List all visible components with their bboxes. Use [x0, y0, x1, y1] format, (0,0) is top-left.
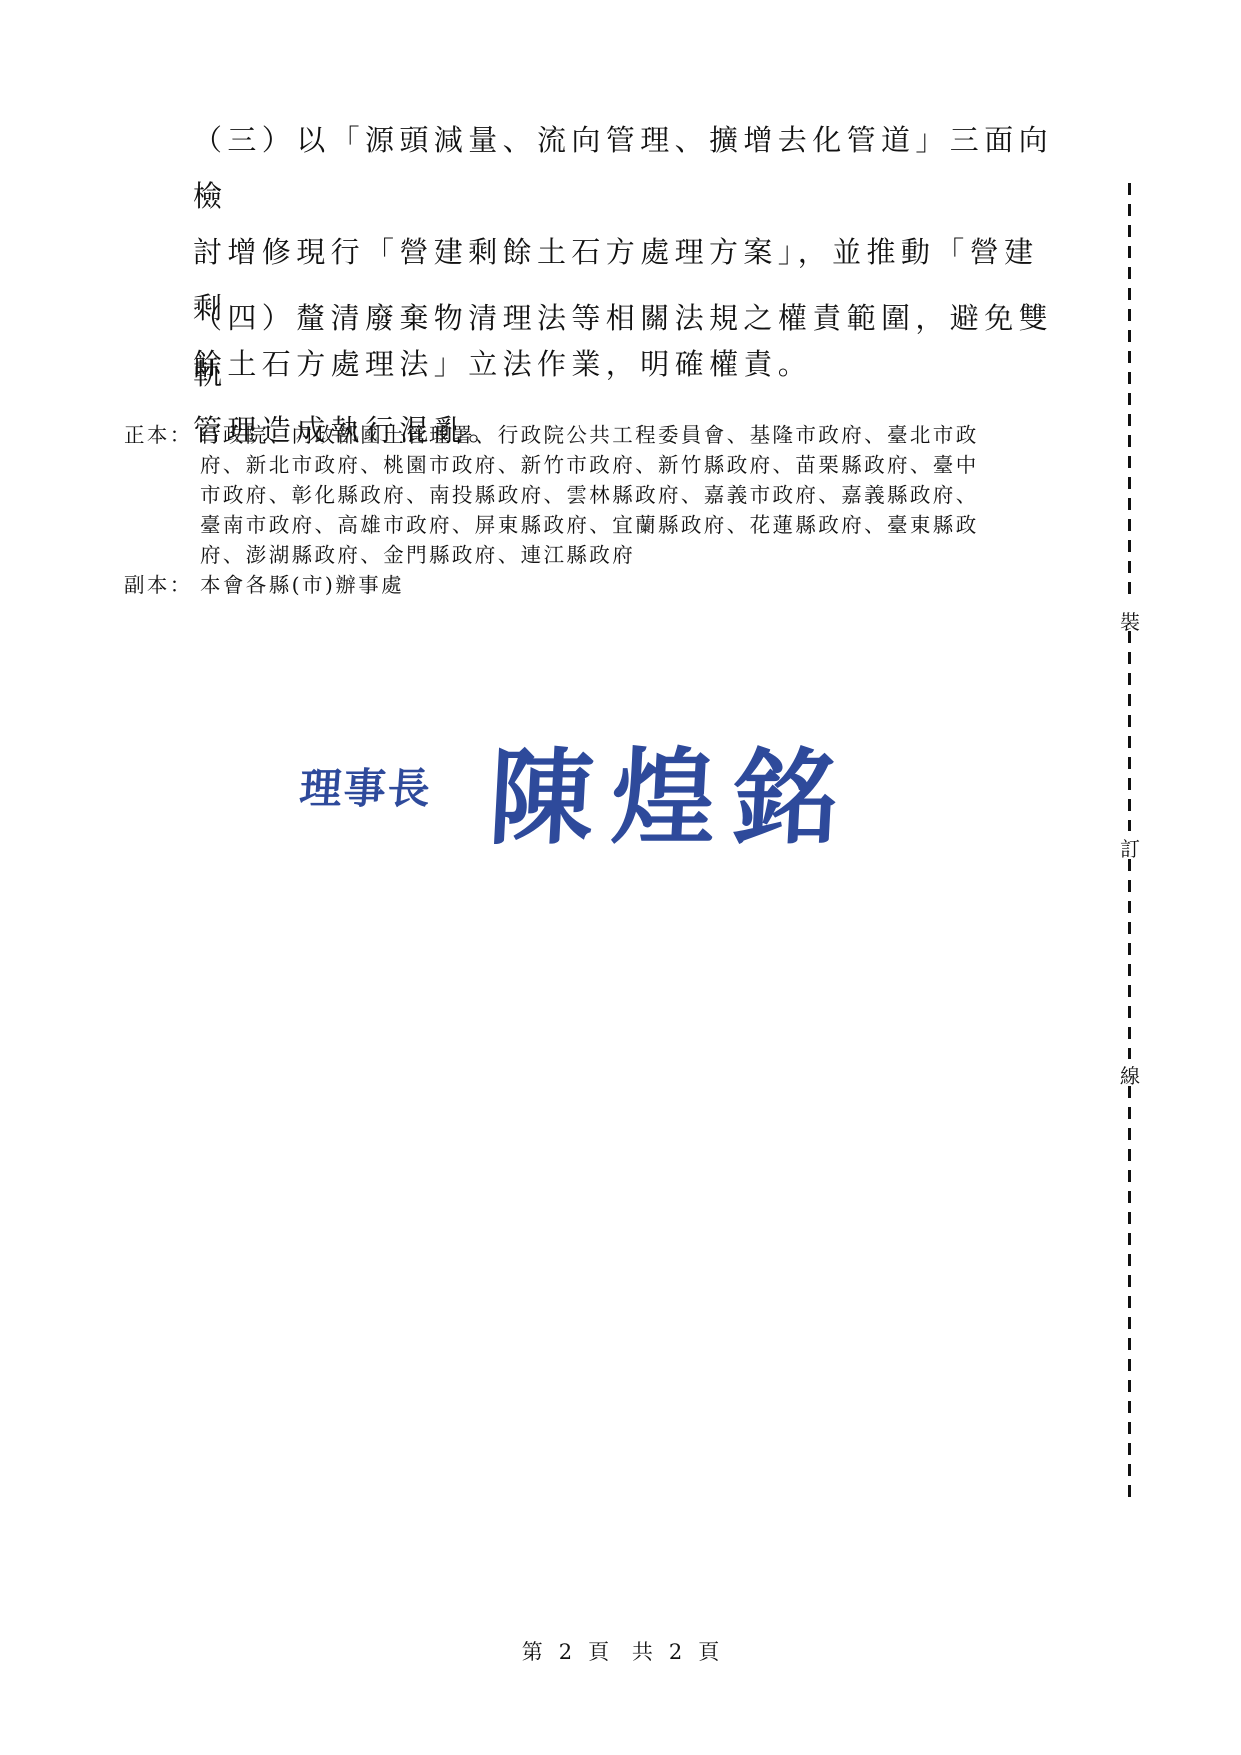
total-unit: 頁 — [698, 1640, 719, 1664]
binding-dashed-line — [1128, 1086, 1131, 1506]
binding-dashed-line — [1128, 859, 1131, 1059]
main-recipients-list: 行政院、內政部國土管理署、行政院公共工程委員會、基隆市政府、臺北市政 府、新北市… — [200, 420, 1180, 570]
recipients-line: 市政府、彰化縣政府、南投縣政府、雲林縣政府、嘉義市政府、嘉義縣政府、 — [200, 480, 1180, 510]
binding-char-xian: 線 — [1116, 1060, 1144, 1089]
binding-char-ding: 訂 — [1116, 833, 1144, 862]
total-prefix: 共 — [632, 1640, 653, 1664]
current-page-number: 2 — [559, 1640, 572, 1664]
recipients-line: 府、新北市政府、桃園市政府、新竹市政府、新竹縣政府、苗栗縣政府、臺中 — [200, 450, 1180, 480]
signature-name: 陳煌銘 — [486, 714, 860, 864]
page-footer: 第2頁 共2頁 — [0, 1636, 1241, 1666]
recipients-line: 行政院、內政部國土管理署、行政院公共工程委員會、基隆市政府、臺北市政 — [200, 420, 1180, 450]
total-pages-number: 2 — [669, 1640, 682, 1664]
copy-recipients-label: 副本： — [124, 570, 193, 600]
page-unit: 頁 — [588, 1640, 609, 1664]
page-prefix: 第 — [522, 1640, 543, 1664]
binding-dashed-line — [1128, 183, 1131, 603]
paragraph-line: （三）以「源頭減量、流向管理、擴增去化管道」三面向檢 — [193, 112, 1053, 224]
paragraph-line: （四）釐清廢棄物清理法等相關法規之權責範圍，避免雙軌 — [193, 290, 1053, 402]
copy-recipients-text: 本會各縣(市)辦事處 — [200, 570, 1180, 600]
main-recipients-label: 正本： — [124, 420, 193, 450]
recipients-line: 府、澎湖縣政府、金門縣政府、連江縣政府 — [200, 540, 1180, 570]
signature-title: 理事長 — [298, 756, 434, 816]
recipients-line: 臺南市政府、高雄市政府、屏東縣政府、宜蘭縣政府、花蓮縣政府、臺東縣政 — [200, 510, 1180, 540]
binding-dashed-line — [1128, 631, 1131, 831]
